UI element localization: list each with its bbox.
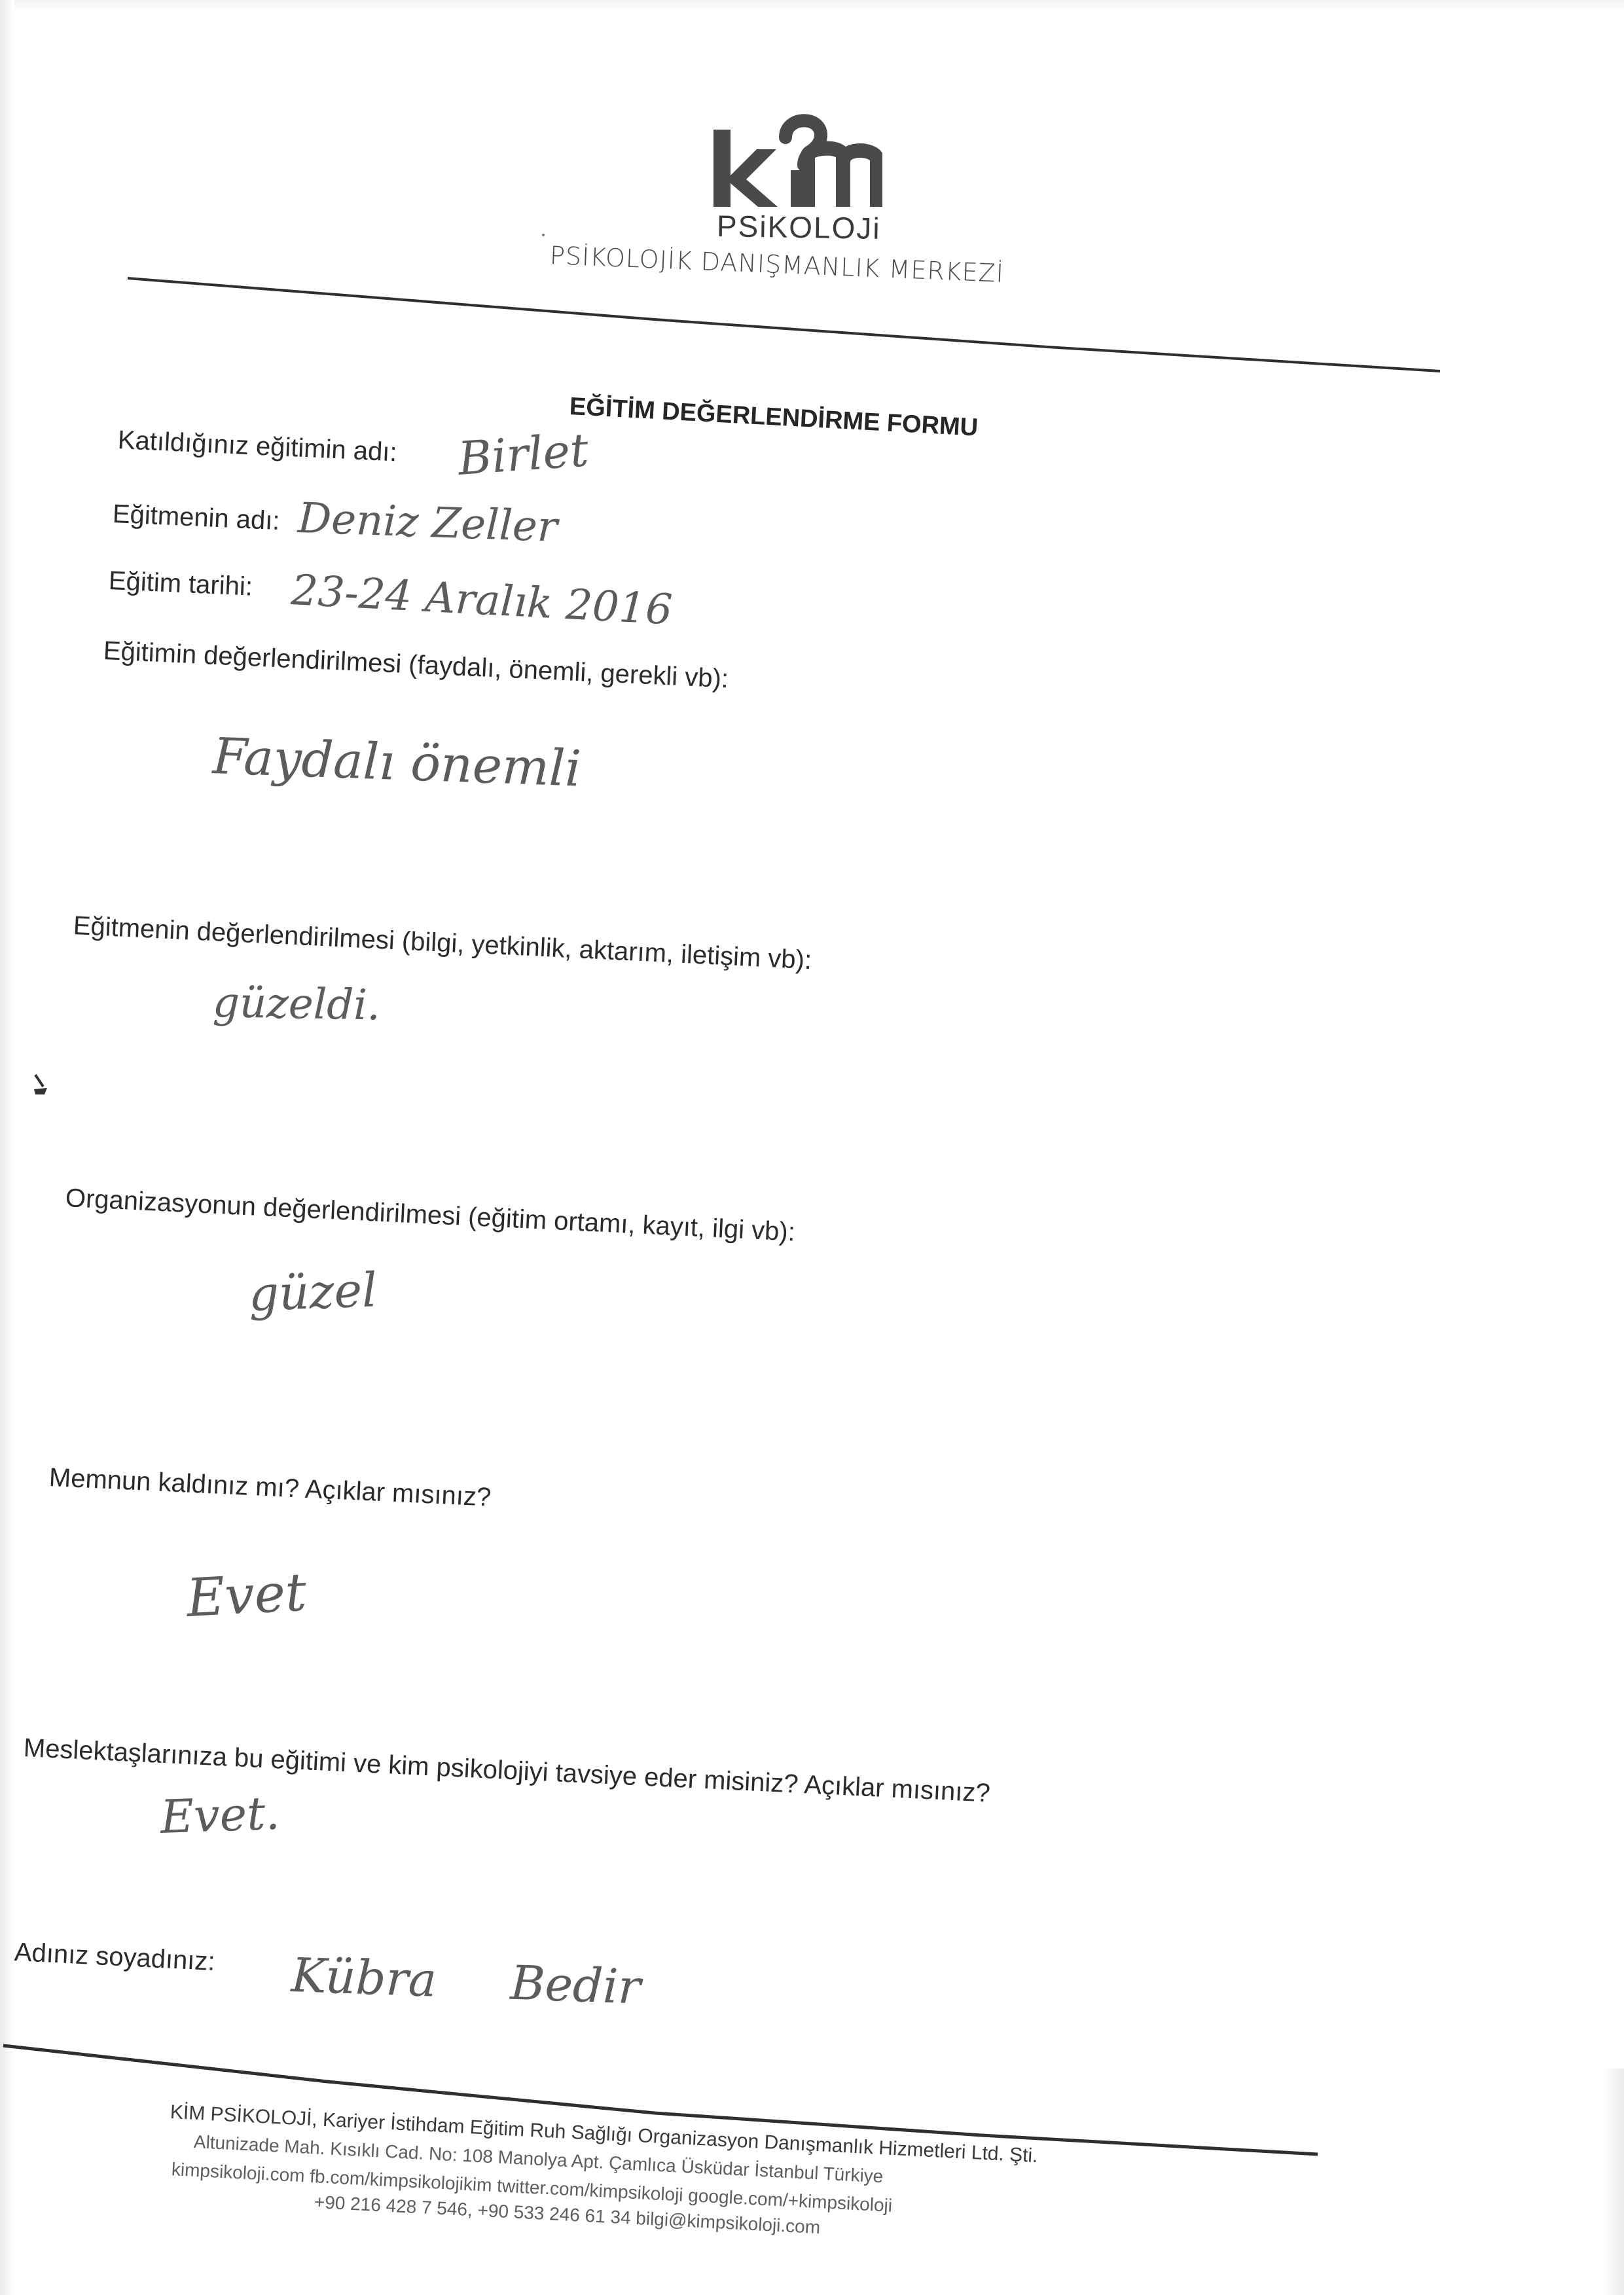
margin-arrow-mark <box>33 1074 52 1096</box>
recommendation-answer: Evet. <box>160 1786 281 1844</box>
header-rule <box>128 278 1440 371</box>
trainer-name-answer: Deniz Zeller <box>297 494 558 552</box>
training-name-answer: Birlet <box>456 423 590 486</box>
organization-evaluation-answer: güzel <box>248 1262 378 1322</box>
rule-lines <box>0 0 1624 2295</box>
trainer-evaluation-answer: güzeldi. <box>212 979 380 1030</box>
satisfaction-answer: Evet <box>185 1561 308 1628</box>
training-date-label: Eğitim tarihi: <box>108 566 253 602</box>
